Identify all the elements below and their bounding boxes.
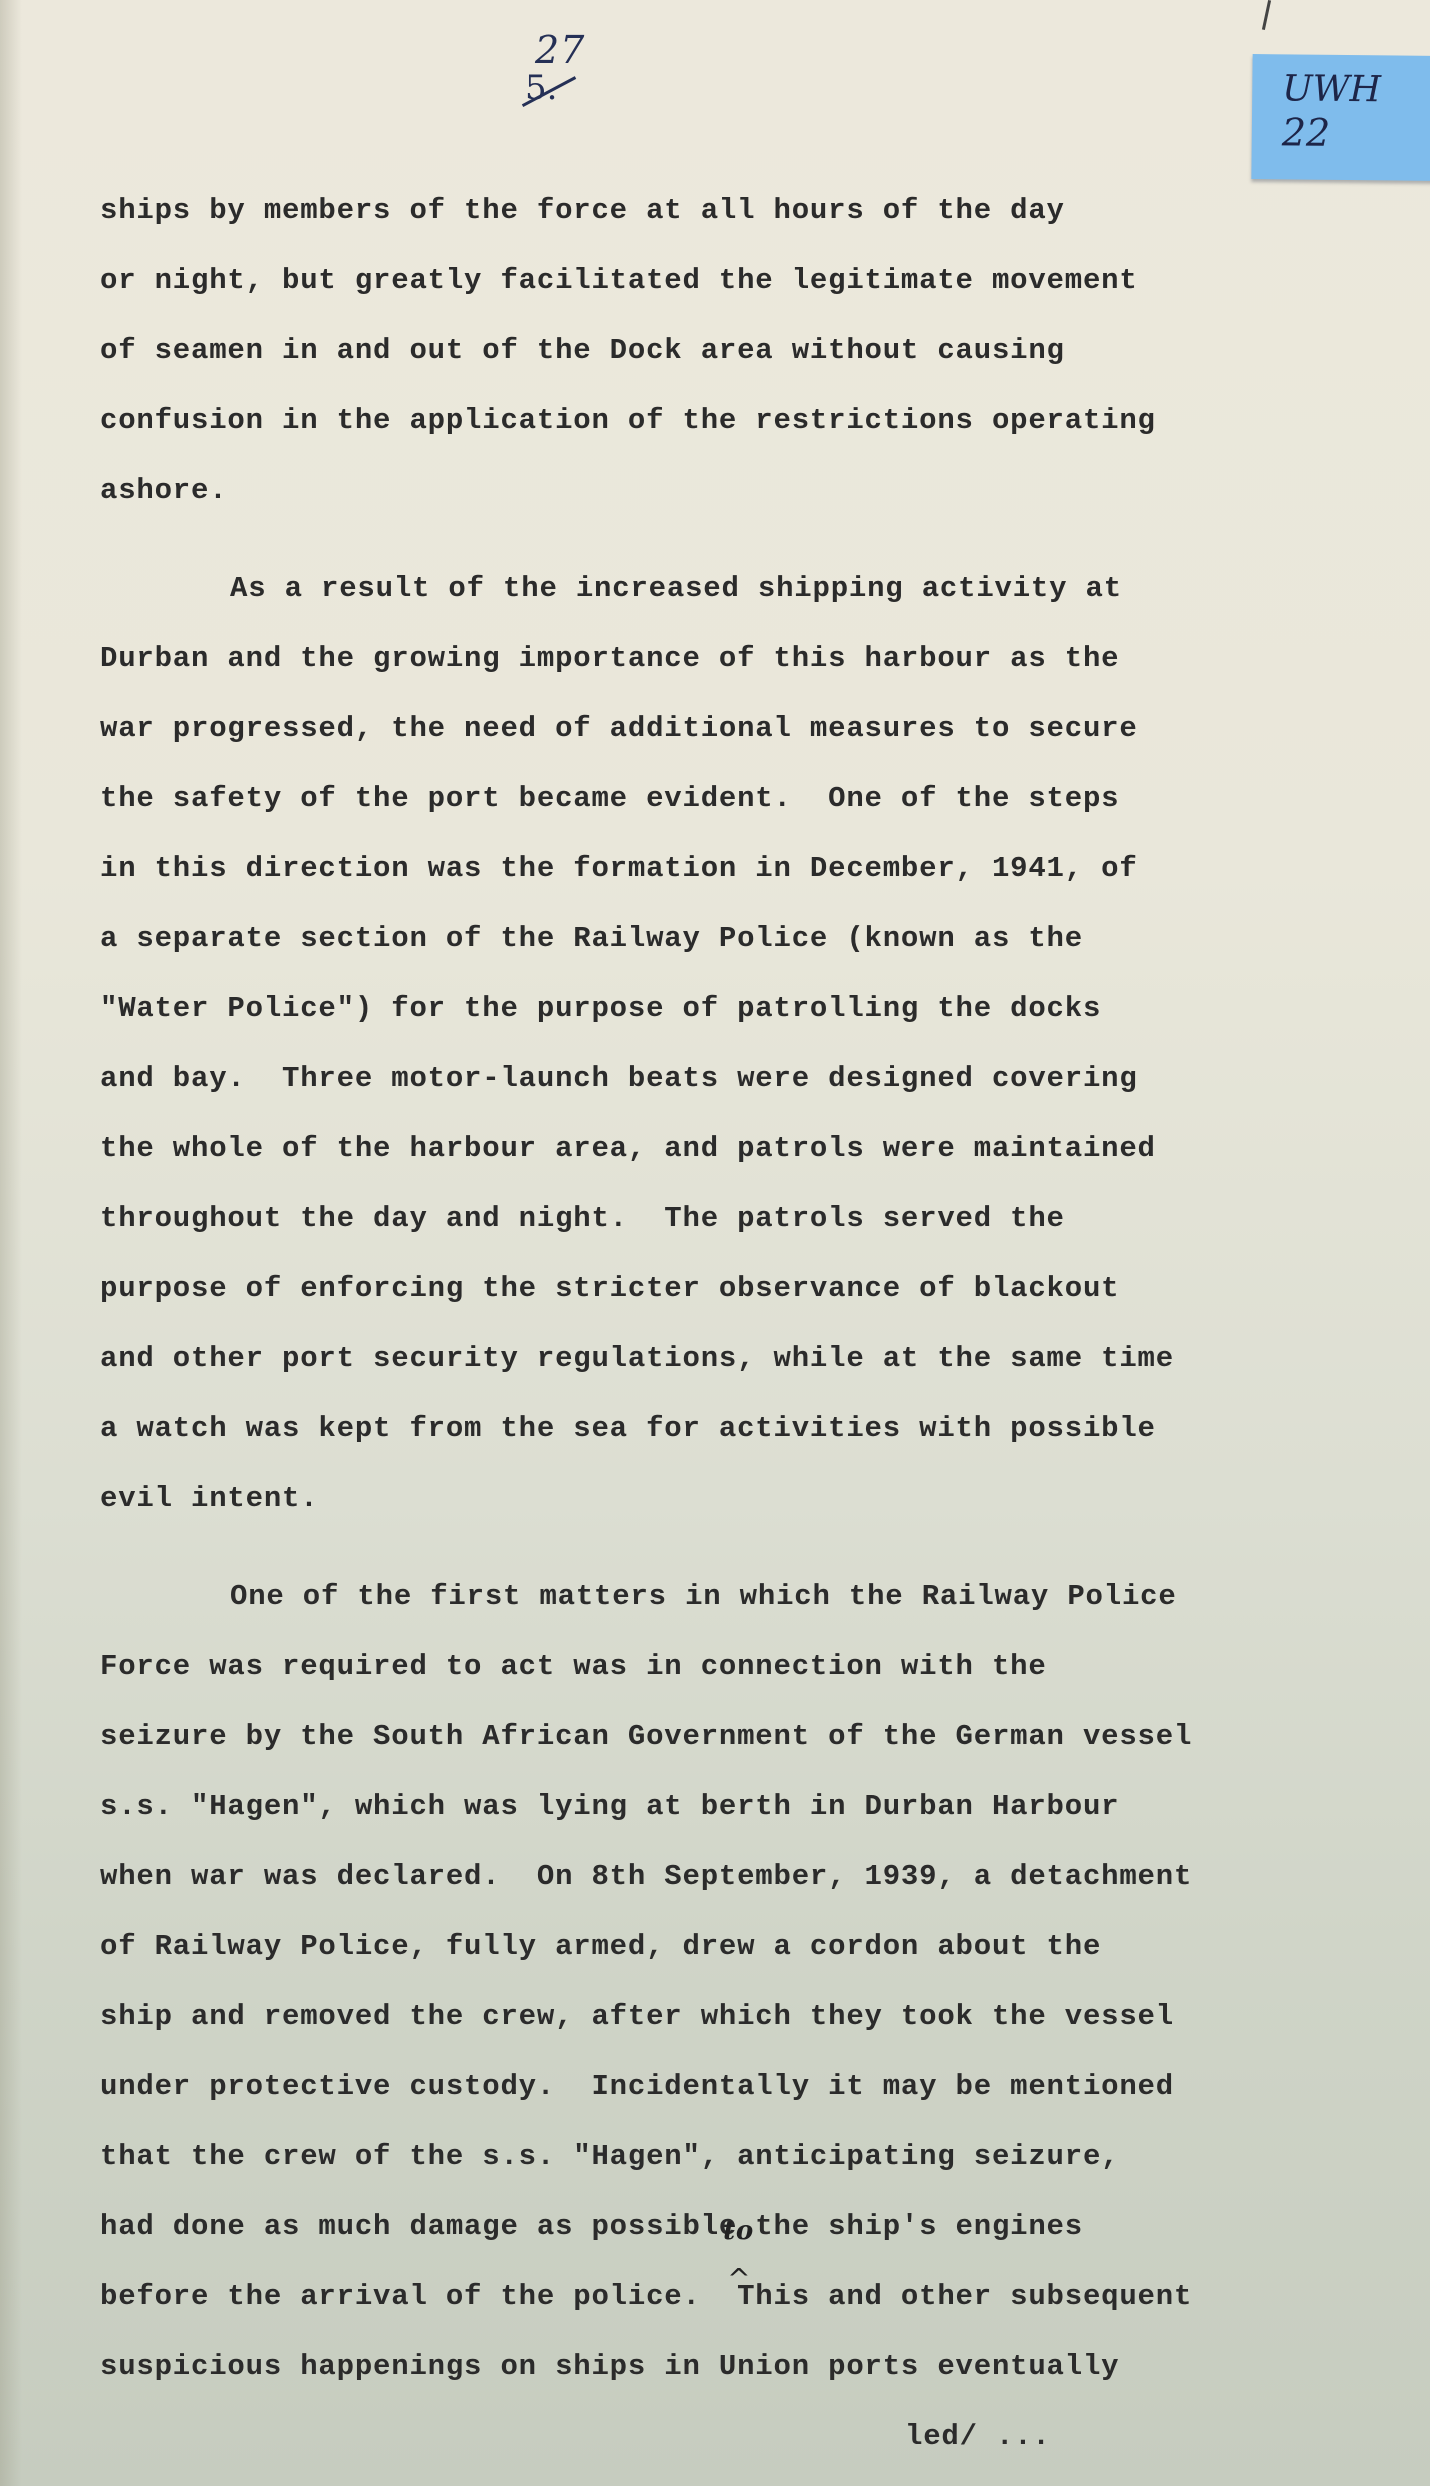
text-line: "Water Police") for the purpose of patro… [100,974,1400,1044]
page-edge-shadow [0,0,22,2486]
text-line: a watch was kept from the sea for activi… [100,1394,1400,1464]
text-line: seizure by the South African Government … [100,1702,1400,1772]
text-line: ship and removed the crew, after which t… [100,1982,1400,2052]
text-line: and bay. Three motor-launch beats were d… [100,1044,1400,1114]
sticky-note-line2: 22 [1282,110,1331,155]
text-line: of Railway Police, fully armed, drew a c… [100,1912,1400,1982]
text-line: throughout the day and night. The patrol… [100,1184,1400,1254]
text-line: Force was required to act was in connect… [100,1632,1400,1702]
text-line-with-insertion: had done as much damage as possibleto^ t… [100,2192,1400,2262]
text-line: war progressed, the need of additional m… [100,694,1400,764]
text-line: s.s. "Hagen", which was lying at berth i… [100,1772,1400,1842]
text-line: and other port security regulations, whi… [100,1324,1400,1394]
paragraph-2: As a result of the increased shipping ac… [100,554,1400,1534]
paragraph-1: ships by members of the force at all hou… [100,176,1400,526]
text-line: of seamen in and out of the Dock area wi… [100,316,1400,386]
caret-mark-icon: ^ [727,2244,751,2314]
sticky-note-line1: UWH [1282,68,1381,110]
page-number: 27 5. [535,28,585,108]
paragraph-3: One of the first matters in which the Ra… [100,1562,1400,2402]
pencil-mark [1262,0,1271,30]
page-number-handwritten: 27 [535,28,585,72]
text-after-insertion: the ship's engines [737,2210,1083,2243]
text-line: purpose of enforcing the stricter observ… [100,1254,1400,1324]
text-line: a separate section of the Railway Police… [100,904,1400,974]
text-line: suspicious happenings on ships in Union … [100,2332,1400,2402]
text-line: evil intent. [100,1464,1400,1534]
text-line: Durban and the growing importance of thi… [100,624,1400,694]
typewritten-body: ships by members of the force at all hou… [100,176,1400,2472]
text-line: in this direction was the formation in D… [100,834,1400,904]
text-before-insertion: had done as much damage as possible [100,2210,737,2243]
text-line: the safety of the port became evident. O… [100,764,1400,834]
text-line: As a result of the increased shipping ac… [100,554,1400,624]
text-line: ships by members of the force at all hou… [100,176,1400,246]
text-line: when war was declared. On 8th September,… [100,1842,1400,1912]
text-line: confusion in the application of the rest… [100,386,1400,456]
text-line: under protective custody. Incidentally i… [100,2052,1400,2122]
text-line: the whole of the harbour area, and patro… [100,1114,1400,1184]
catchword: led/ ... [100,2402,1400,2472]
text-line: that the crew of the s.s. "Hagen", antic… [100,2122,1400,2192]
text-line: ashore. [100,456,1400,526]
text-line: or night, but greatly facilitated the le… [100,246,1400,316]
text-line: One of the first matters in which the Ra… [100,1562,1400,1632]
sticky-note: UWH 22 [1251,54,1430,181]
page-number-struck-through: 5. [525,68,585,108]
